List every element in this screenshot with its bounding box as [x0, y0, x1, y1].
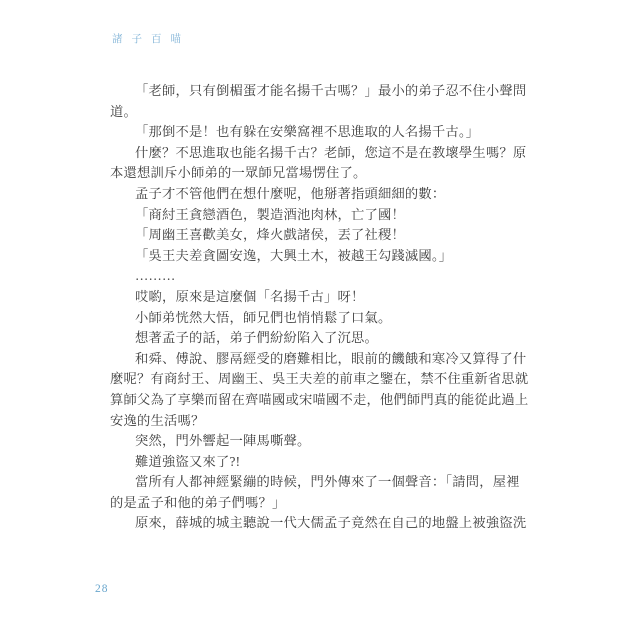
text-line: 「那倒不是！也有躲在安樂窩裡不思進取的人名揚千古。」 [110, 122, 516, 143]
text-line: 的是孟子和他的弟子們嗎？」 [110, 493, 516, 514]
text-line: 本還想訓斥小師弟的一眾師兄當場愣住了。 [110, 163, 516, 184]
text-line: 原來，薛城的城主聽說一代大儒孟子竟然在自己的地盤上被強盜洗 [110, 513, 516, 534]
running-header-book-title: 諸子百喵 [112, 31, 190, 46]
text-line: 孟子才不管他們在想什麼呢，他掰著指頭細細的數： [110, 184, 516, 205]
text-line: ……… [110, 266, 516, 287]
text-line: 算師父為了享樂而留在齊喵國或宋喵國不走，他們師門真的能從此過上 [110, 390, 516, 411]
book-page: 諸子百喵 「老師，只有倒楣蛋才能名揚千古嗎？」最小的弟子忍不住小聲問道。「那倒不… [0, 0, 620, 620]
text-line: 「老師，只有倒楣蛋才能名揚千古嗎？」最小的弟子忍不住小聲問 [110, 81, 516, 102]
text-line: 安逸的生活嗎？ [110, 411, 516, 432]
text-line: 道。 [110, 102, 516, 123]
text-line: 麼呢？有商紂王、周幽王、吳王夫差的前車之鑒在，禁不住重新省思就 [110, 369, 516, 390]
text-line: 想著孟子的話，弟子們紛紛陷入了沉思。 [110, 328, 516, 349]
text-line: 突然，門外響起一陣馬嘶聲。 [110, 431, 516, 452]
text-line: 「周幽王喜歡美女，烽火戲諸侯，丟了社稷！ [110, 225, 516, 246]
text-line: 哎喲，原來是這麼個「名揚千古」呀！ [110, 287, 516, 308]
text-line: 什麼？不思進取也能名揚千古？老師，您這不是在教壞學生嗎？原 [110, 143, 516, 164]
page-number: 28 [95, 583, 109, 595]
text-line: 「商紂王貪戀酒色，製造酒池肉林，亡了國！ [110, 205, 516, 226]
text-line: 當所有人都神經緊繃的時候，門外傳來了一個聲音：「請問，屋裡 [110, 472, 516, 493]
text-line: 「吳王夫差貪圖安逸，大興土木，被越王勾踐滅國。」 [110, 246, 516, 267]
body-text: 「老師，只有倒楣蛋才能名揚千古嗎？」最小的弟子忍不住小聲問道。「那倒不是！也有躲… [110, 81, 516, 534]
text-line: 難道強盜又來了?! [110, 452, 516, 473]
text-line: 小師弟恍然大悟，師兄們也悄悄鬆了口氣。 [110, 308, 516, 329]
text-line: 和舜、傅說、膠鬲經受的磨難相比，眼前的饑餓和寒冷又算得了什 [110, 349, 516, 370]
